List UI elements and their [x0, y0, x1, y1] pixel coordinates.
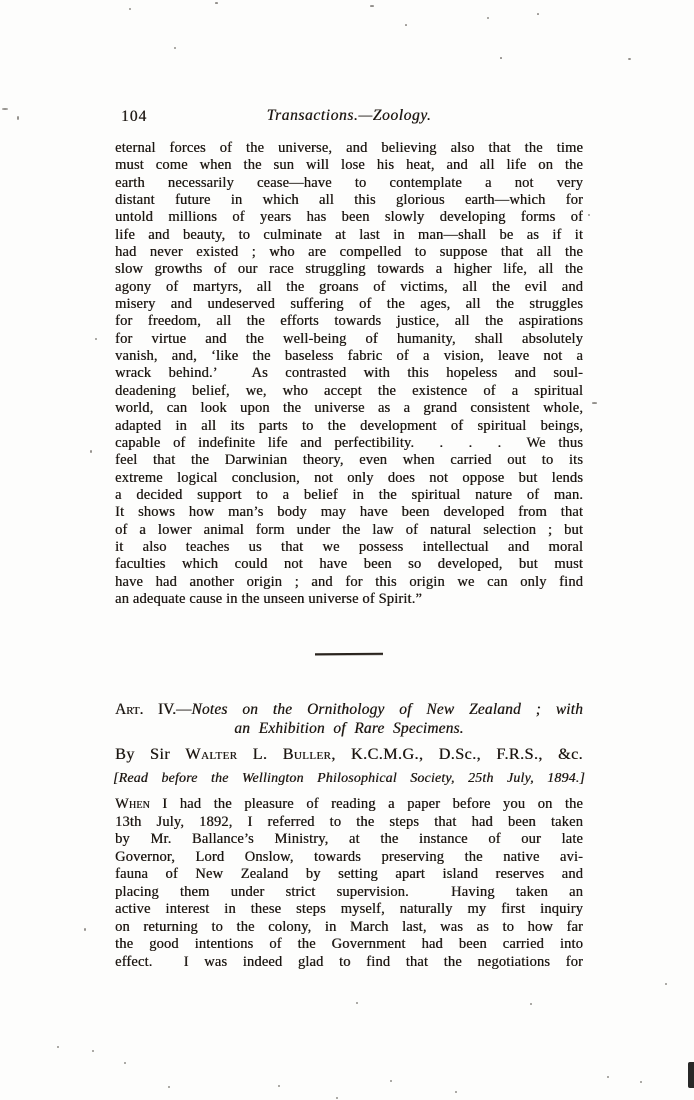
- text-line: vanish, and, ‘like the baseless fabric o…: [115, 348, 583, 365]
- ink-speck: [487, 17, 489, 19]
- text-line: must come when the sun will lose his hea…: [115, 157, 583, 174]
- text-line: 13th July, 1892, I referred to the steps…: [115, 814, 583, 832]
- text-line: for virtue and the well-being of humanit…: [115, 331, 583, 348]
- ink-speck: [174, 47, 176, 49]
- ink-speck: [336, 1097, 338, 1099]
- text-line: agony of martyrs, all the groans of vict…: [115, 279, 583, 296]
- text-line: It shows how man’s body may have been de…: [115, 504, 583, 521]
- scanned-page: 104 Transactions.—Zoology. eternal force…: [0, 0, 694, 1100]
- ink-speck: [370, 5, 374, 7]
- running-title: Transactions.—Zoology.: [115, 106, 583, 126]
- ink-speck: [628, 58, 631, 60]
- text-line: world, can look upon the universe as a g…: [115, 400, 583, 417]
- article-title-part-2: an Exhibition of Rare Specimens.: [234, 720, 463, 737]
- text-line: for freedom, all the efforts towards jus…: [115, 313, 583, 330]
- text-line: on returning to the colony, in March las…: [115, 919, 583, 937]
- article-heading-line-1: Art. IV.—Notes on the Ornithology of New…: [115, 700, 583, 719]
- byline: By Sir Walter L. Buller, K.C.M.G., D.Sc.…: [115, 744, 583, 765]
- text-line: feel that the Darwinian theory, even whe…: [115, 452, 583, 469]
- text-line: had never existed ; who are compelled to…: [115, 244, 583, 261]
- ink-speck: [278, 1085, 280, 1087]
- text-line: adapted in all its parts to the developm…: [115, 418, 583, 435]
- text-line: earth necessarily cease—have to contempl…: [115, 175, 583, 192]
- continuation-paragraph: eternal forces of the universe, and beli…: [115, 140, 583, 608]
- ink-speck: [500, 57, 502, 59]
- page-edge-ink-blot: [688, 1062, 694, 1088]
- ink-speck: [90, 450, 92, 453]
- read-before-note: [Read before the Wellington Philosophica…: [113, 770, 585, 788]
- text-line: fauna of New Zealand by setting apart is…: [115, 866, 583, 884]
- text-line: eternal forces of the universe, and beli…: [115, 140, 583, 157]
- text-line: by Mr. Ballance’s Ministry, at the insta…: [115, 831, 583, 849]
- ink-speck: [455, 1091, 457, 1093]
- text-line: Governor, Lord Onslow, towards preservin…: [115, 849, 583, 867]
- first-line-rest: I had the pleasure of reading a paper be…: [150, 796, 583, 812]
- text-line: effect. I was indeed glad to find that t…: [115, 954, 583, 972]
- text-line: it also teaches us that we possess intel…: [115, 539, 583, 556]
- author-last-name: Buller: [283, 745, 332, 763]
- ink-speck: [592, 402, 597, 404]
- ink-speck: [84, 928, 86, 931]
- ink-speck: [640, 1081, 642, 1083]
- text-line: an adequate cause in the unseen universe…: [115, 591, 583, 608]
- text-line: a decided support to a belief in the spi…: [115, 487, 583, 504]
- lead-word: When: [115, 796, 150, 812]
- text-line: deadening belief, we, who accept the exi…: [115, 383, 583, 400]
- text-line: of a lower animal form under the law of …: [115, 522, 583, 539]
- ink-speck: [607, 1076, 609, 1078]
- text-line: the good intentions of the Government ha…: [115, 936, 583, 954]
- section-divider-rule: [315, 653, 383, 655]
- text-line: active interest in these steps myself, n…: [115, 901, 583, 919]
- article-title-part-1: Notes on the Ornithology of New Zealand …: [191, 701, 583, 718]
- ink-speck: [665, 983, 667, 985]
- article-heading-line-2: an Exhibition of Rare Specimens.: [115, 719, 583, 738]
- text-line: faculties which could not have been so d…: [115, 556, 583, 573]
- ink-speck: [588, 214, 590, 216]
- ink-speck: [129, 8, 131, 10]
- text-line: capable of indefinite life and perfectib…: [115, 435, 583, 452]
- byline-honours: , K.C.M.G., D.Sc., F.R.S., &c.: [331, 745, 583, 763]
- ink-speck: [92, 1050, 94, 1052]
- text-line: have had another origin ; and for this o…: [115, 574, 583, 591]
- text-line: When I had the pleasure of reading a pap…: [115, 796, 583, 814]
- text-line: placing them under strict supervision. H…: [115, 884, 583, 902]
- ink-speck: [405, 24, 407, 26]
- text-line: wrack behind.’ As contrasted with this h…: [115, 365, 583, 382]
- text-line: distant future in which all this gloriou…: [115, 192, 583, 209]
- article-number: IV.—: [143, 701, 191, 718]
- article-number-label: Art.: [115, 701, 143, 718]
- byline-initial: L.: [237, 745, 282, 763]
- article-heading: Art. IV.—Notes on the Ornithology of New…: [115, 700, 583, 739]
- ink-speck: [530, 1003, 532, 1005]
- ink-speck: [95, 338, 97, 340]
- ink-speck: [390, 1080, 392, 1082]
- opening-paragraph: When I had the pleasure of reading a pap…: [115, 796, 583, 971]
- text-line: misery and undeserved suffering of the a…: [115, 296, 583, 313]
- text-line: slow growths of our race struggling towa…: [115, 261, 583, 278]
- ink-speck: [356, 1002, 358, 1004]
- ink-speck: [57, 1046, 59, 1048]
- ink-speck: [17, 116, 19, 120]
- ink-speck: [124, 1062, 126, 1064]
- text-line: life and beauty, to culminate at last in…: [115, 227, 583, 244]
- text-line: extreme logical conclusion, not only doe…: [115, 470, 583, 487]
- byline-prefix: By Sir: [115, 745, 185, 763]
- ink-speck: [215, 2, 218, 4]
- author-first-name: Walter: [185, 745, 237, 763]
- text-line: untold millions of years has been slowly…: [115, 209, 583, 226]
- ink-speck: [2, 108, 8, 110]
- ink-speck: [168, 1086, 170, 1088]
- ink-speck: [537, 13, 539, 15]
